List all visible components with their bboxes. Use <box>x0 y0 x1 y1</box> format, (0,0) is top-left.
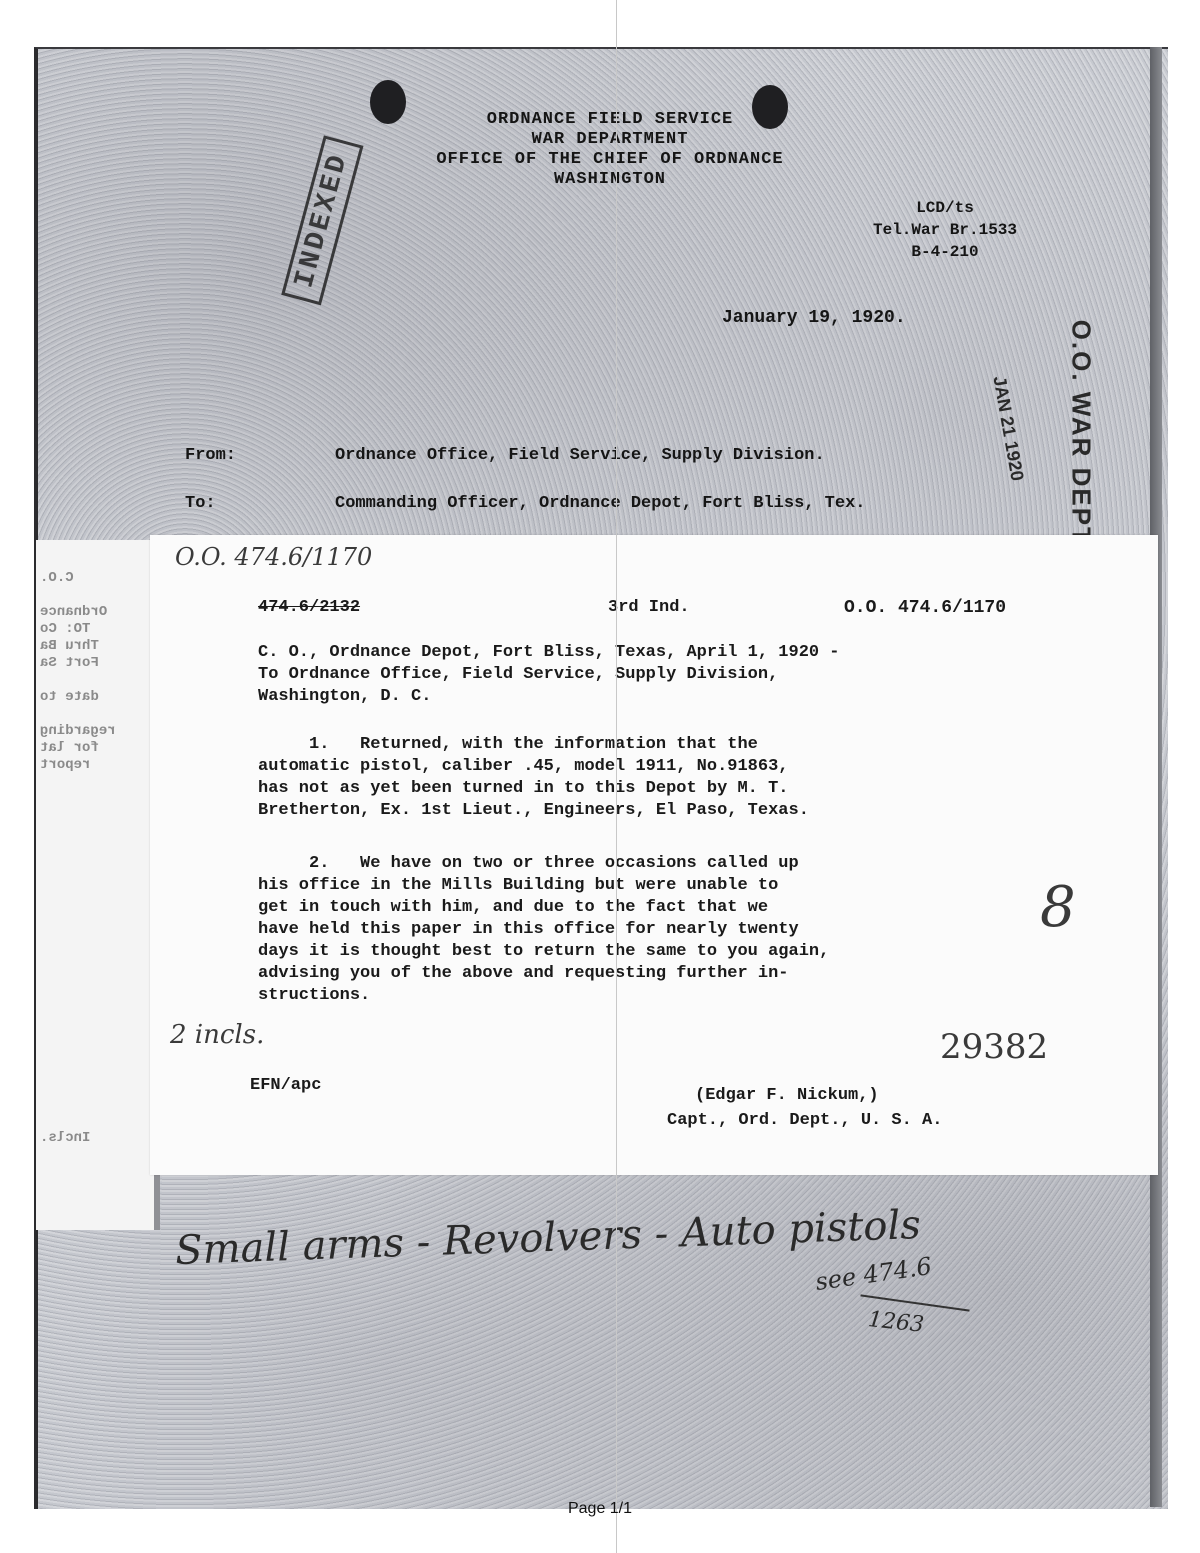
letterhead-line: WASHINGTON <box>370 170 850 190</box>
to-value: Commanding Officer, Ordnance Depot, Fort… <box>335 494 866 513</box>
letter-date: January 19, 1920. <box>722 308 906 328</box>
reference-block: LCD/ts Tel.War Br.1533 B-4-210 <box>830 197 1060 263</box>
signature-title: Capt., Ord. Dept., U. S. A. <box>667 1110 942 1132</box>
struck-file-number: 474.6/2132 <box>258 597 360 619</box>
underlying-slip: C.O. Ordnance TO: Co Thru Ba Fort Sa dat… <box>36 540 160 1230</box>
to-label: To: <box>185 494 335 513</box>
from-label: From: <box>185 446 335 465</box>
handwritten-inclosures: 2 incls. <box>170 1020 264 1050</box>
from-row: From: Ordnance Office, Field Service, Su… <box>185 446 825 465</box>
indorsement-title: 3rd Ind. <box>608 597 690 619</box>
initials: EFN/apc <box>250 1075 321 1097</box>
letterhead-line: ORDNANCE FIELD SERVICE <box>370 110 850 130</box>
reference-line: B-4-210 <box>830 241 1060 263</box>
mirrored-incls: Incls. <box>40 1130 150 1147</box>
reference-line: LCD/ts <box>830 197 1060 219</box>
from-value: Ordnance Office, Field Service, Supply D… <box>335 446 825 465</box>
handwritten-number: 29382 <box>940 1027 1048 1067</box>
paragraph-1: 1. Returned, with the information that t… <box>258 734 809 822</box>
signature-name: (Edgar F. Nickum,) <box>695 1085 879 1107</box>
paragraph-2: 2. We have on two or three occasions cal… <box>258 853 829 1007</box>
handwritten-margin-mark: 8 <box>1040 875 1076 940</box>
letterhead-line: WAR DEPARTMENT <box>370 130 850 150</box>
letterhead: ORDNANCE FIELD SERVICE WAR DEPARTMENT OF… <box>370 110 850 190</box>
indorsement-header: C. O., Ordnance Depot, Fort Bliss, Texas… <box>258 642 840 708</box>
to-row: To: Commanding Officer, Ordnance Depot, … <box>185 494 866 513</box>
indorsement-slip: O.O. 474.6/1170 474.6/2132 3rd Ind. O.O.… <box>150 535 1158 1175</box>
reference-line: Tel.War Br.1533 <box>830 219 1060 241</box>
page-indicator: Page 1/1 <box>0 1500 1200 1518</box>
war-dept-received-stamp: O.O. WAR DEPT. <box>1065 320 1096 552</box>
mirrored-text: C.O. Ordnance TO: Co Thru Ba Fort Sa dat… <box>40 570 150 774</box>
letterhead-line: OFFICE OF THE CHIEF OF ORDNANCE <box>370 150 850 170</box>
handwritten-file-number: O.O. 474.6/1170 <box>175 543 372 571</box>
fold-line <box>616 0 617 1553</box>
indorsement-file-number: O.O. 474.6/1170 <box>844 597 1006 619</box>
